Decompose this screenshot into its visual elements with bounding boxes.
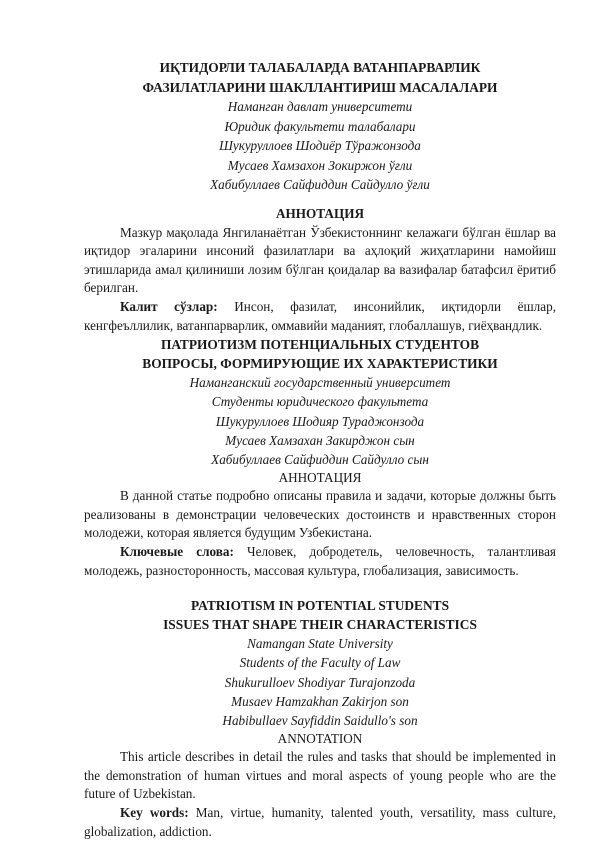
author-name: Мусаев Хамзахон Зокиржон ўғли xyxy=(84,156,556,176)
affiliation-faculty: Юридик факультети талабалари xyxy=(84,117,556,137)
article-title-line: ФАЗИЛАТЛАРИНИ ШАКЛЛАНТИРИШ МАСАЛАЛАРИ xyxy=(84,78,556,98)
article-title-line: ПАТРИОТИЗМ ПОТЕНЦИАЛЬНЫХ СТУДЕНТОВ xyxy=(84,335,556,354)
annotation-heading: ANNOTATION xyxy=(84,730,556,748)
spacer xyxy=(84,580,556,596)
keywords-label: Key words: xyxy=(120,805,189,820)
author-name: Shukurulloev Shodiyar Turajonzoda xyxy=(84,673,556,692)
article-title-line: ISSUES THAT SHAPE THEIR CHARACTERISTICS xyxy=(84,615,556,634)
annotation-text: В данной статье подробно описаны правила… xyxy=(84,487,556,543)
annotation-text: Мазкур мақолада Янгиланаётган Ўзбекистон… xyxy=(84,224,556,298)
keywords-paragraph: Ключевые слова: Человек, добродетель, че… xyxy=(84,543,556,580)
annotation-heading: АННОТАЦИЯ xyxy=(84,205,556,224)
affiliation-university: Namangan State University xyxy=(84,634,556,653)
author-name: Шукуруллоев Шодияр Тураджонзода xyxy=(84,412,556,431)
author-name: Хабибуллаев Сайфиддин Сайдулло сын xyxy=(84,450,556,469)
author-name: Шукуруллоев Шодиёр Тўражонзода xyxy=(84,136,556,156)
section-uzbek: ИҚТИДОРЛИ ТАЛАБАЛАРДА ВАТАНПАРВАРЛИК ФАЗ… xyxy=(84,58,556,335)
section-english: PATRIOTISM IN POTENTIAL STUDENTS ISSUES … xyxy=(84,596,556,841)
annotation-text: This article describes in detail the rul… xyxy=(84,748,556,804)
annotation-heading: АННОТАЦИЯ xyxy=(84,469,556,487)
keywords-label: Ключевые слова: xyxy=(120,544,234,559)
keywords-paragraph: Key words: Man, virtue, humanity, talent… xyxy=(84,804,556,841)
author-name: Musaev Hamzakhan Zakirjon son xyxy=(84,692,556,711)
keywords-paragraph: Калит сўзлар: Инсон, фазилат, инсонийлик… xyxy=(84,298,556,335)
affiliation-faculty: Students of the Faculty of Law xyxy=(84,653,556,672)
affiliation-university: Наманганский государственный университет xyxy=(84,373,556,392)
author-name: Хабибуллаев Сайфиддин Сайдулло ўғли xyxy=(84,175,556,195)
affiliation-faculty: Студенты юридического факультета xyxy=(84,392,556,411)
affiliation-university: Наманган давлат университети xyxy=(84,97,556,117)
article-title-line: ИҚТИДОРЛИ ТАЛАБАЛАРДА ВАТАНПАРВАРЛИК xyxy=(84,58,556,78)
author-name: Habibullaev Sayfiddin Saidullo's son xyxy=(84,711,556,730)
article-title-line: PATRIOTISM IN POTENTIAL STUDENTS xyxy=(84,596,556,615)
document-page: ИҚТИДОРЛИ ТАЛАБАЛАРДА ВАТАНПАРВАРЛИК ФАЗ… xyxy=(84,58,556,841)
spacer xyxy=(84,195,556,205)
keywords-label: Калит сўзлар: xyxy=(120,299,218,314)
section-russian: ПАТРИОТИЗМ ПОТЕНЦИАЛЬНЫХ СТУДЕНТОВ ВОПРО… xyxy=(84,335,556,580)
article-title-line: ВОПРОСЫ, ФОРМИРУЮЩИЕ ИХ ХАРАКТЕРИСТИКИ xyxy=(84,354,556,373)
author-name: Мусаев Хамзахан Закирджон сын xyxy=(84,431,556,450)
